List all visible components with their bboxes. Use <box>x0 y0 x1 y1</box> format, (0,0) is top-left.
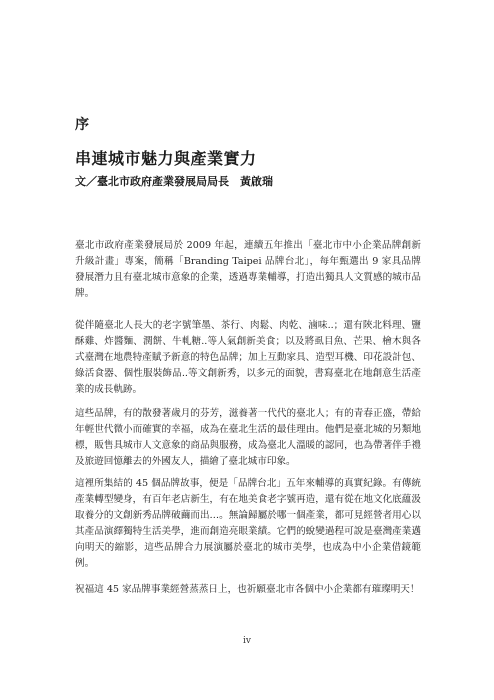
paragraph-4: 這裡所集結的 45 個品牌故事，便是「品牌台北」五年來輔導的真實紀錄。有傳統產業… <box>75 476 421 572</box>
paragraph-1: 臺北市政府產業發展局於 2009 年起，連續五年推出「臺北市中小企業品牌創新升級… <box>75 238 421 302</box>
paragraph-5: 祝福這 45 家品牌事業經營蒸蒸日上，也祈願臺北市各個中小企業都有璀璨明天！ <box>75 582 421 598</box>
paragraph-text: 祝福這 45 家品牌事業經營蒸蒸日上，也祈願臺北市各個中小企業都有璀璨明天！ <box>75 582 421 598</box>
paragraph-3: 這些品牌，有的散發著歲月的芬芳，滋養著一代代的臺北人；有的青春正盛，帶給年輕世代… <box>75 406 421 470</box>
page-number: iv <box>0 636 494 646</box>
document-page: 序 串連城市魅力與產業實力 文／臺北市政府產業發展局局長 黃啟瑞 臺北市政府產業… <box>0 0 494 700</box>
paragraph-text: 從伴隨臺北人長大的老字號筆墨、茶行、肉鬆、肉乾、滷味..；還有陝北料理、鹽酥雞、… <box>75 318 421 398</box>
page-title: 串連城市魅力與產業實力 <box>75 146 257 169</box>
paragraph-text: 臺北市政府產業發展局於 2009 年起，連續五年推出「臺北市中小企業品牌創新升級… <box>75 238 421 302</box>
section-label: 序 <box>75 114 89 134</box>
paragraph-text: 這裡所集結的 45 個品牌故事，便是「品牌台北」五年來輔導的真實紀錄。有傳統產業… <box>75 476 421 572</box>
paragraph-2: 從伴隨臺北人長大的老字號筆墨、茶行、肉鬆、肉乾、滷味..；還有陝北料理、鹽酥雞、… <box>75 318 421 398</box>
paragraph-text: 這些品牌，有的散發著歲月的芬芳，滋養著一代代的臺北人；有的青春正盛，帶給年輕世代… <box>75 406 421 470</box>
author-line: 文／臺北市政府產業發展局局長 黃啟瑞 <box>75 173 273 189</box>
